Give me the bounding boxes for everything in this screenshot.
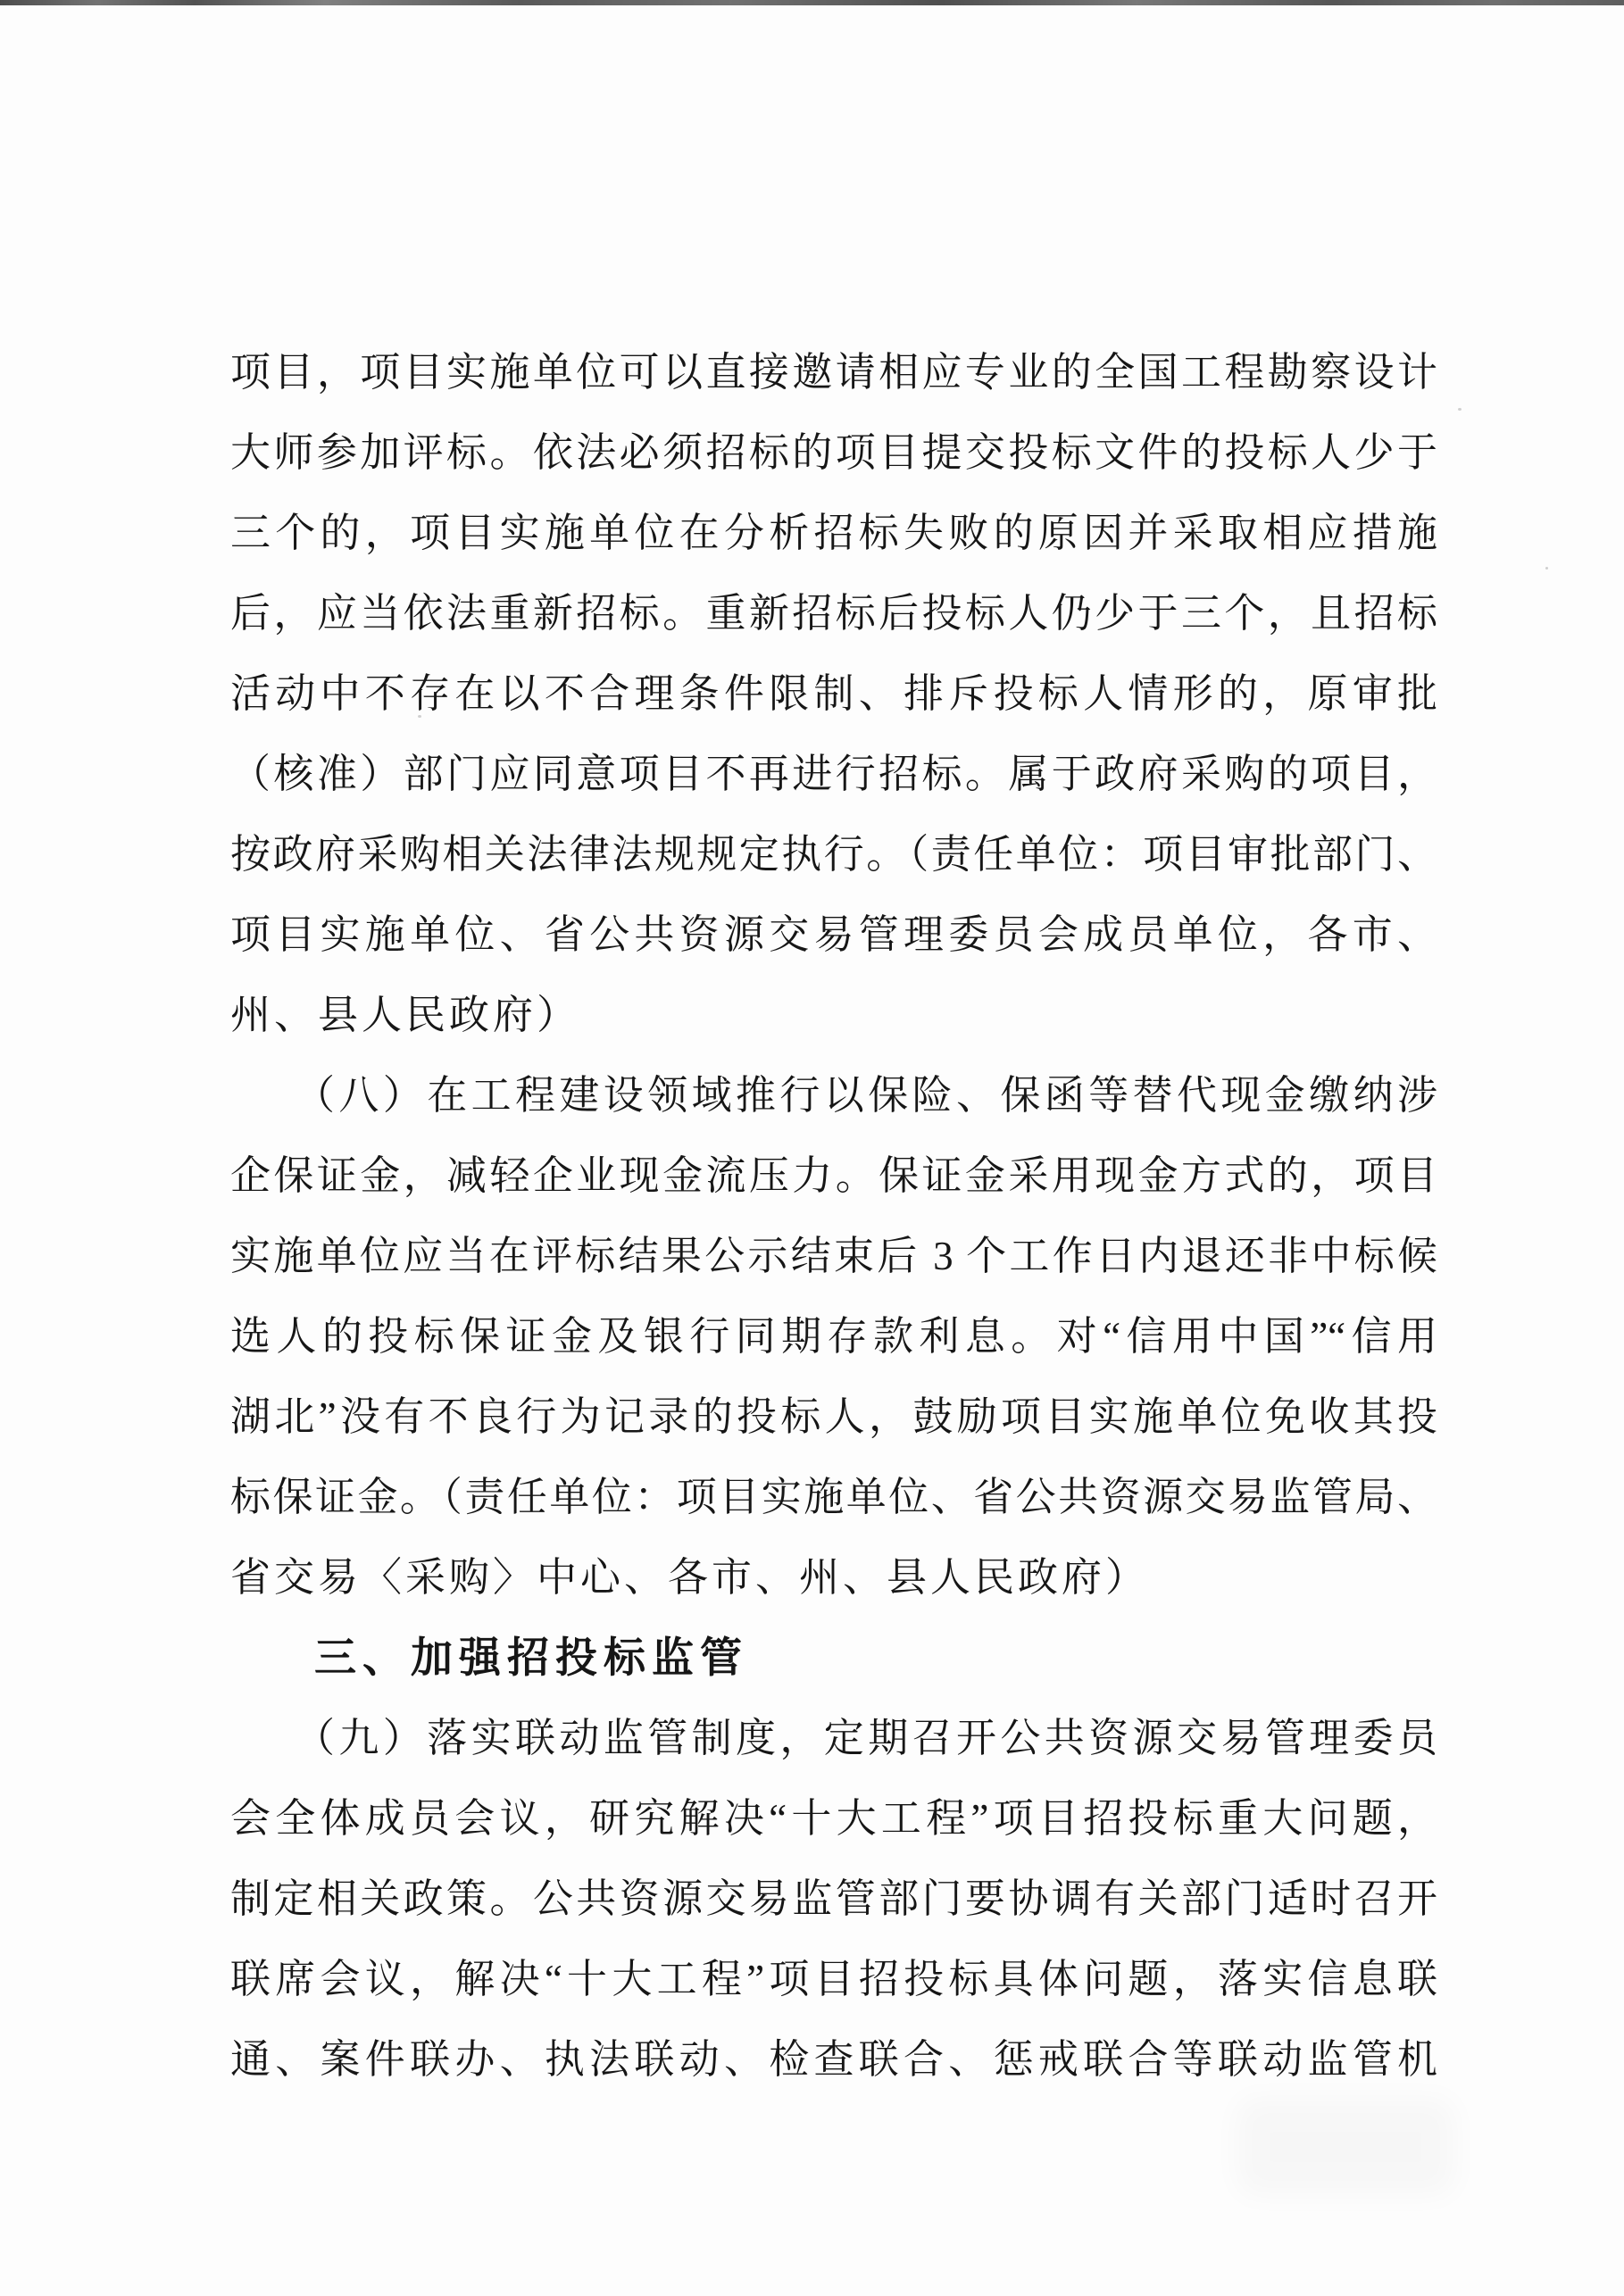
scan-speck: [1458, 408, 1462, 411]
text-line: 活动中不存在以不合理条件限制、排斥投标人情形的，原审批: [230, 653, 1437, 734]
text-line: 选人的投标保证金及银行同期存款利息。对“信用中国”“信用: [230, 1296, 1437, 1377]
text-line: 湖北”没有不良行为记录的投标人，鼓励项目实施单位免收其投: [230, 1377, 1437, 1457]
text-line: 通、案件联办、执法联动、检查联合、惩戒联合等联动监管机: [230, 2019, 1437, 2100]
text-line: 项目，项目实施单位可以直接邀请相应专业的全国工程勘察设计: [230, 332, 1437, 412]
text-line: 制定相关政策。公共资源交易监管部门要协调有关部门适时召开: [230, 1859, 1437, 1939]
text-line: 会全体成员会议，研究解决“十大工程”项目招投标重大问题，: [230, 1778, 1437, 1859]
scan-artifact-top-edge: [0, 0, 1624, 5]
text-line: 三个的，项目实施单位在分析招标失败的原因并采取相应措施: [230, 493, 1437, 573]
section-heading: 三、加强招投标监管: [230, 1618, 1437, 1698]
text-line: 按政府采购相关法律法规规定执行。（责任单位：项目审批部门、: [230, 814, 1437, 894]
text-line: 项目实施单位、省公共资源交易管理委员会成员单位，各市、: [230, 894, 1437, 975]
scan-speck: [418, 715, 421, 718]
text-line: 大师参加评标。依法必须招标的项目提交投标文件的投标人少于: [230, 412, 1437, 493]
text-line: 省交易〈采购〉中心、各市、州、县人民政府）: [230, 1537, 1437, 1618]
text-block: 项目，项目实施单位可以直接邀请相应专业的全国工程勘察设计 大师参加评标。依法必须…: [230, 332, 1437, 2100]
text-line: 后，应当依法重新招标。重新招标后投标人仍少于三个，且招标: [230, 573, 1437, 653]
text-line: 联席会议，解决“十大工程”项目招投标具体问题，落实信息联: [230, 1939, 1437, 2019]
text-line: （核准）部门应同意项目不再进行招标。属于政府采购的项目，: [230, 734, 1437, 814]
document-page: 项目，项目实施单位可以直接邀请相应专业的全国工程勘察设计 大师参加评标。依法必须…: [0, 0, 1624, 2296]
text-line: 州、县人民政府）: [230, 975, 1437, 1055]
text-line: 标保证金。（责任单位：项目实施单位、省公共资源交易监管局、: [230, 1457, 1437, 1537]
text-line: （八）在工程建设领域推行以保险、保函等替代现金缴纳涉: [230, 1055, 1437, 1136]
scan-smudge: [1237, 2098, 1455, 2196]
text-line: （九）落实联动监管制度，定期召开公共资源交易管理委员: [230, 1698, 1437, 1778]
text-line: 实施单位应当在评标结果公示结束后 3 个工作日内退还非中标候: [230, 1216, 1437, 1296]
text-line: 企保证金，减轻企业现金流压力。保证金采用现金方式的，项目: [230, 1136, 1437, 1216]
scan-speck: [1545, 567, 1548, 570]
